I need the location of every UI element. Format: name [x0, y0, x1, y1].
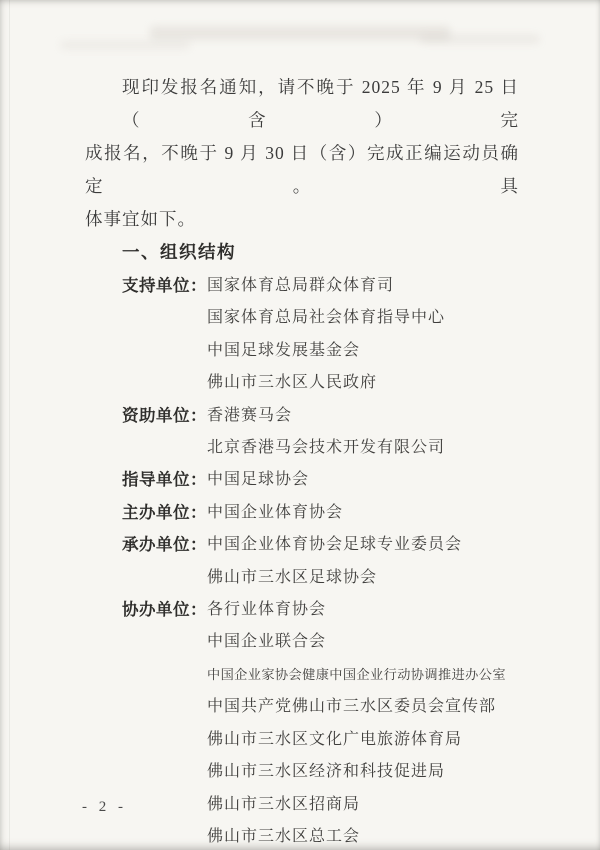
page-number: - 2 -: [82, 799, 127, 816]
org-entry-values: 中国足球协会: [207, 464, 600, 496]
org-value: 佛山市三水区足球协会: [207, 562, 600, 594]
organization-list: 支持单位： 国家体育总局群众体育司 国家体育总局社会体育指导中心 中国足球发展基…: [0, 270, 600, 850]
bleed-through-artifact: [150, 26, 450, 40]
paragraph-line: 成报名，不晚于 9 月 30 日（含）完成正编运动员确定。具: [85, 137, 519, 203]
org-entry-values: 国家体育总局群众体育司 国家体育总局社会体育指导中心 中国足球发展基金会 佛山市…: [207, 270, 600, 400]
org-value: 中国企业家协会健康中国企业行动协调推进办公室: [207, 659, 600, 691]
org-entry-label: 承办单位：: [122, 529, 207, 594]
intro-paragraph: 现印发报名通知，请不晚于 2025 年 9 月 25 日（含）完 成报名，不晚于…: [85, 71, 519, 236]
org-value: 中国足球协会: [207, 464, 600, 496]
org-entry-label: 支持单位：: [122, 270, 207, 400]
org-value: 中国足球发展基金会: [207, 335, 600, 367]
org-value: 中国企业体育协会足球专业委员会: [207, 529, 600, 561]
org-value: 佛山市三水区经济和科技促进局: [207, 756, 600, 788]
bleed-through-artifact: [420, 34, 540, 44]
org-entry-support: 支持单位： 国家体育总局群众体育司 国家体育总局社会体育指导中心 中国足球发展基…: [122, 270, 600, 400]
org-entry-host: 主办单位： 中国企业体育协会: [122, 497, 600, 529]
org-entry-co-organizer: 协办单位： 各行业体育协会 中国企业联合会 中国企业家协会健康中国企业行动协调推…: [122, 594, 600, 850]
org-entry-values: 中国企业体育协会足球专业委员会 佛山市三水区足球协会: [207, 529, 600, 594]
paragraph-line: 现印发报名通知，请不晚于 2025 年 9 月 25 日（含）完: [85, 71, 519, 137]
org-entry-guidance: 指导单位： 中国足球协会: [122, 464, 600, 496]
org-entry-values: 中国企业体育协会: [207, 497, 600, 529]
org-entry-label: 指导单位：: [122, 464, 207, 496]
org-entry-label: 协办单位：: [122, 594, 207, 850]
org-entry-funding: 资助单位： 香港赛马会 北京香港马会技术开发有限公司: [122, 400, 600, 465]
org-entry-values: 香港赛马会 北京香港马会技术开发有限公司: [207, 400, 600, 465]
org-value: 中国共产党佛山市三水区委员会宣传部: [207, 691, 600, 723]
org-entry-values: 各行业体育协会 中国企业联合会 中国企业家协会健康中国企业行动协调推进办公室 中…: [207, 594, 600, 850]
org-value: 佛山市三水区文化广电旅游体育局: [207, 724, 600, 756]
org-value: 中国企业体育协会: [207, 497, 600, 529]
org-value: 北京香港马会技术开发有限公司: [207, 432, 600, 464]
org-entry-label: 主办单位：: [122, 497, 207, 529]
org-value: 佛山市三水区招商局: [207, 789, 600, 821]
org-value: 佛山市三水区人民政府: [207, 367, 600, 399]
document-content: 现印发报名通知，请不晚于 2025 年 9 月 25 日（含）完 成报名，不晚于…: [0, 71, 600, 850]
paragraph-line: 体事宜如下。: [85, 203, 519, 236]
org-value: 中国企业联合会: [207, 626, 600, 658]
bleed-through-artifact: [60, 40, 190, 50]
org-value: 国家体育总局群众体育司: [207, 270, 600, 302]
org-value: 各行业体育协会: [207, 594, 600, 626]
section-heading: 一、组织结构: [122, 236, 600, 269]
org-value: 香港赛马会: [207, 400, 600, 432]
scanned-document-page: 现印发报名通知，请不晚于 2025 年 9 月 25 日（含）完 成报名，不晚于…: [0, 0, 600, 850]
org-value: 国家体育总局社会体育指导中心: [207, 302, 600, 334]
org-entry-organizer: 承办单位： 中国企业体育协会足球专业委员会 佛山市三水区足球协会: [122, 529, 600, 594]
org-entry-label: 资助单位：: [122, 400, 207, 465]
org-value: 佛山市三水区总工会: [207, 821, 600, 850]
